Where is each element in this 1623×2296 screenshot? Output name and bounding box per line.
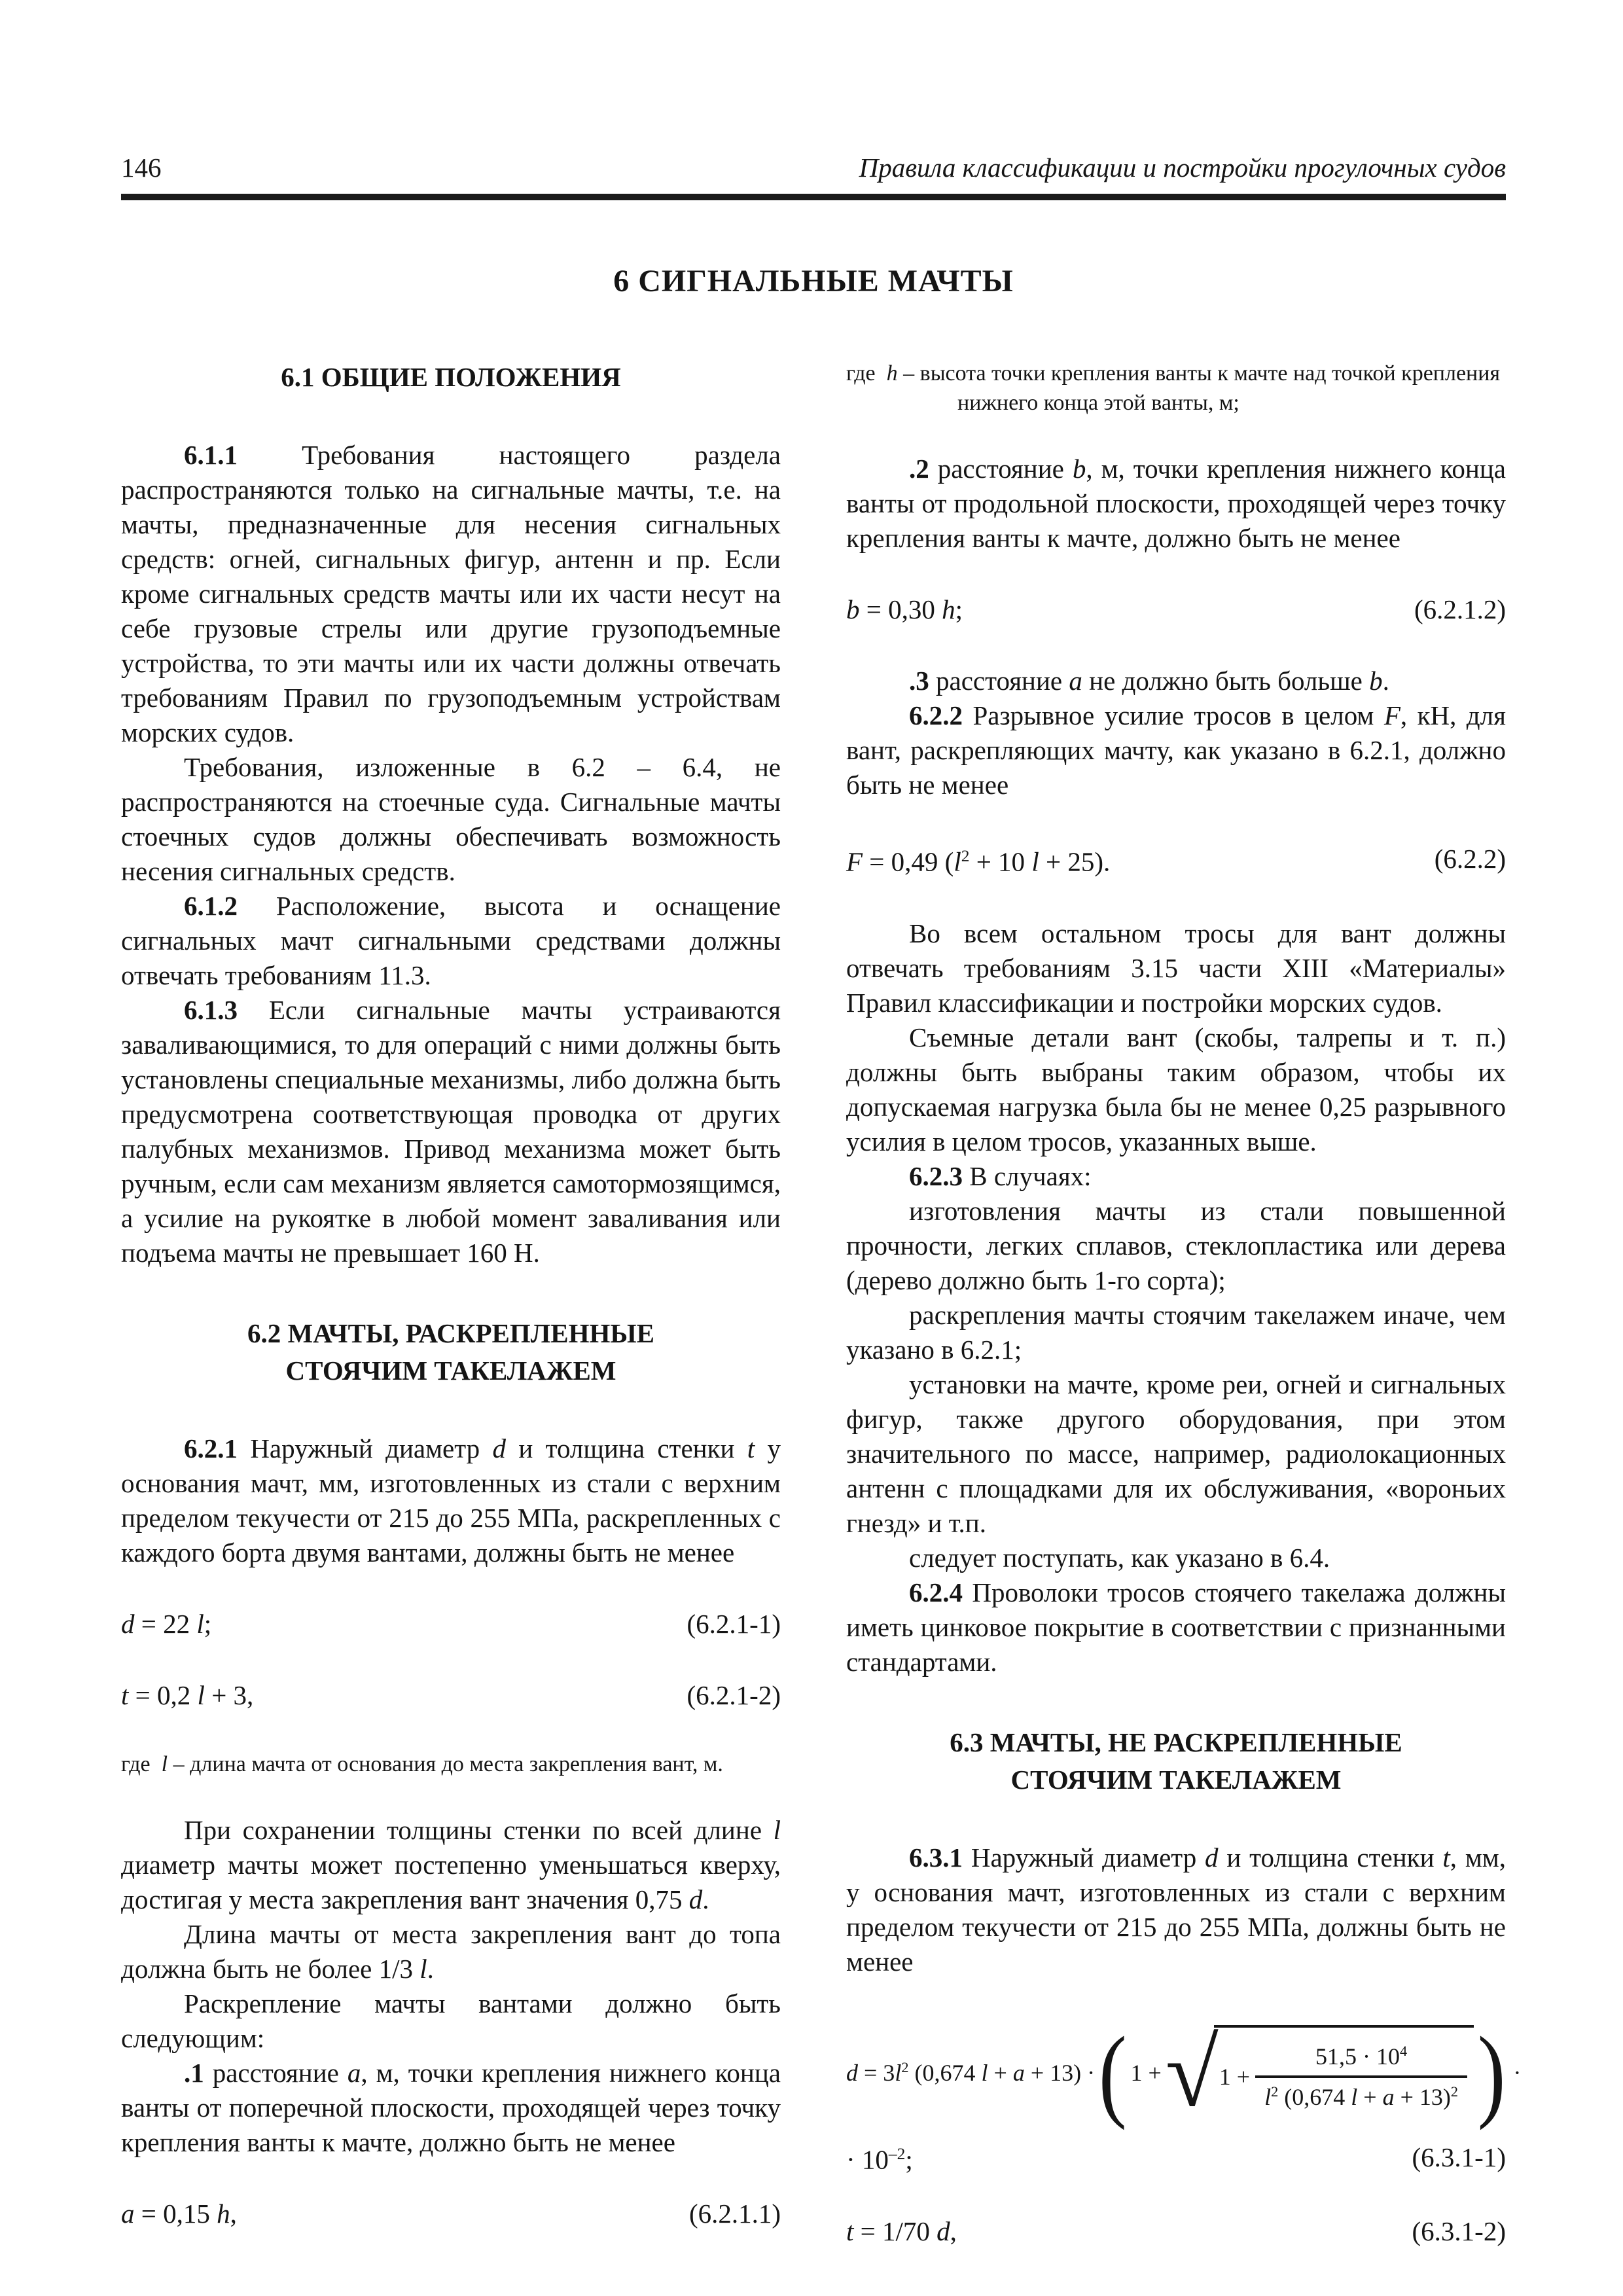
header-rule bbox=[121, 194, 1506, 200]
formula-note: где h – высота точки крепления ванты к м… bbox=[846, 359, 1506, 418]
two-column-body: 6.1 ОБЩИЕ ПОЛОЖЕНИЯ6.1.1 Требования наст… bbox=[121, 359, 1506, 2286]
page-number: 146 bbox=[121, 152, 162, 183]
fraction-denominator: l2 (0,674 l + a + 13)2 bbox=[1255, 2075, 1467, 2111]
paragraph: раскрепления мачты стоячим такелажем ина… bbox=[846, 1298, 1506, 1367]
equation-number: (6.2.1.1) bbox=[689, 2197, 781, 2231]
section-heading: 6.2 МАЧТЫ, РАСКРЕПЛЕННЫЕСТОЯЧИМ ТАКЕЛАЖЕ… bbox=[121, 1315, 781, 1390]
paragraph: 6.1.1 Требования настоящего раздела расп… bbox=[121, 438, 781, 750]
radicand-text: 1 + bbox=[1219, 2064, 1250, 2090]
paragraph: 6.2.1 Наружный диаметр d и толщина стенк… bbox=[121, 1431, 781, 1570]
fraction-numerator: 51,5 · 104 bbox=[1255, 2043, 1467, 2075]
equation-number: (6.3.1-1) bbox=[1412, 2140, 1506, 2175]
equation-body: t = 1/70 d, bbox=[846, 2214, 957, 2249]
equation-row: t = 0,2 l + 3,(6.2.1-2) bbox=[121, 1678, 781, 1713]
equation-body: · 10–2; bbox=[846, 2137, 913, 2178]
square-root: √1 + 51,5 · 104l2 (0,674 l + a + 13)2 bbox=[1166, 2025, 1474, 2122]
right-column: где h – высота точки крепления ванты к м… bbox=[846, 359, 1506, 2286]
paragraph: изготовления мачты из стали повышенной п… bbox=[846, 1194, 1506, 1298]
paragraph: 6.1.3 Если сигнальные мачты устраиваются… bbox=[121, 993, 781, 1270]
paragraph: Во всем остальном тросы для вант должны … bbox=[846, 916, 1506, 1020]
paragraph: Раскрепление мачты вантами должно быть с… bbox=[121, 1986, 781, 2056]
equation-body: b = 0,30 h; bbox=[846, 592, 963, 627]
fraction: 51,5 · 104l2 (0,674 l + a + 13)2 bbox=[1255, 2043, 1467, 2111]
paragraph: 6.3.1 Наружный диаметр d и толщина стенк… bbox=[846, 1840, 1506, 1979]
formula-note: где l – длина мачта от основания до мест… bbox=[121, 1749, 781, 1779]
document-page: 146 Правила классификации и постройки пр… bbox=[0, 0, 1623, 2296]
equation-body: F = 0,49 (l2 + 10 l + 25). bbox=[846, 839, 1110, 880]
chapter-title: 6 СИГНАЛЬНЫЕ МАЧТЫ bbox=[121, 263, 1506, 299]
paragraph: .3 расстояние a не должно быть больше b. bbox=[846, 664, 1506, 698]
equation-row: F = 0,49 (l2 + 10 l + 25).(6.2.2) bbox=[846, 839, 1506, 880]
equation-row: a = 0,15 h,(6.2.1.1) bbox=[121, 2197, 781, 2231]
paragraph: 6.2.3 В случаях: bbox=[846, 1159, 1506, 1194]
equation-row: d = 22 l;(6.2.1-1) bbox=[121, 1607, 781, 1641]
equation-row: b = 0,30 h;(6.2.1.2) bbox=[846, 592, 1506, 627]
section-heading: 6.1 ОБЩИЕ ПОЛОЖЕНИЯ bbox=[121, 359, 781, 396]
radical-sign: √ bbox=[1166, 2025, 1219, 2122]
equation-body: a = 0,15 h, bbox=[121, 2197, 237, 2231]
equation-number: (6.2.1-1) bbox=[687, 1607, 781, 1641]
big-equation: d = 3l2 (0,674 l + a + 13) · (1 + √1 + 5… bbox=[846, 2025, 1506, 2122]
paragraph: Требования, изложенные в 6.2 – 6.4, не р… bbox=[121, 750, 781, 889]
big-equation-lhs: d = 3l2 (0,674 l + a + 13) · bbox=[846, 2059, 1095, 2087]
paragraph: .2 расстояние b, м, точки крепления нижн… bbox=[846, 452, 1506, 556]
page-header: 146 Правила классификации и постройки пр… bbox=[121, 152, 1506, 299]
paragraph: следует поступать, как указано в 6.4. bbox=[846, 1541, 1506, 1575]
equation-number: (6.2.1.2) bbox=[1414, 592, 1506, 627]
equation-number: (6.3.1-2) bbox=[1412, 2214, 1506, 2249]
left-column: 6.1 ОБЩИЕ ПОЛОЖЕНИЯ6.1.1 Требования наст… bbox=[121, 359, 781, 2286]
equation-body: d = 22 l; bbox=[121, 1607, 211, 1641]
paragraph: Съемные детали вант (скобы, талрепы и т.… bbox=[846, 1020, 1506, 1159]
running-title: Правила классификации и постройки прогул… bbox=[859, 152, 1506, 183]
section-heading: 6.3 МАЧТЫ, НЕ РАСКРЕПЛЕННЫЕСТОЯЧИМ ТАКЕЛ… bbox=[846, 1724, 1506, 1799]
equation-number: (6.2.2) bbox=[1435, 842, 1506, 876]
paragraph: 6.2.4 Проволоки тросов стоячего такелажа… bbox=[846, 1575, 1506, 1679]
equation-number: (6.2.1-2) bbox=[687, 1678, 781, 1713]
equation-row: · 10–2;(6.3.1-1) bbox=[846, 2137, 1506, 2178]
equation-body: t = 0,2 l + 3, bbox=[121, 1678, 253, 1713]
paragraph: 6.1.2 Расположение, высота и оснащение с… bbox=[121, 889, 781, 993]
paragraph: 6.2.2 Разрывное усилие тросов в целом F,… bbox=[846, 698, 1506, 802]
paragraph: .1 расстояние a, м, точки крепления нижн… bbox=[121, 2056, 781, 2160]
paragraph: При сохранении толщины стенки по всей дл… bbox=[121, 1813, 781, 1917]
paren-inner-text: 1 + bbox=[1130, 2060, 1161, 2087]
paragraph: Длина мачты от места закрепления вант до… bbox=[121, 1917, 781, 1986]
big-equation-trailing-dot: · bbox=[1513, 2060, 1521, 2087]
paragraph: установки на мачте, кроме реи, огней и с… bbox=[846, 1367, 1506, 1541]
equation-row: t = 1/70 d,(6.3.1-2) bbox=[846, 2214, 1506, 2249]
